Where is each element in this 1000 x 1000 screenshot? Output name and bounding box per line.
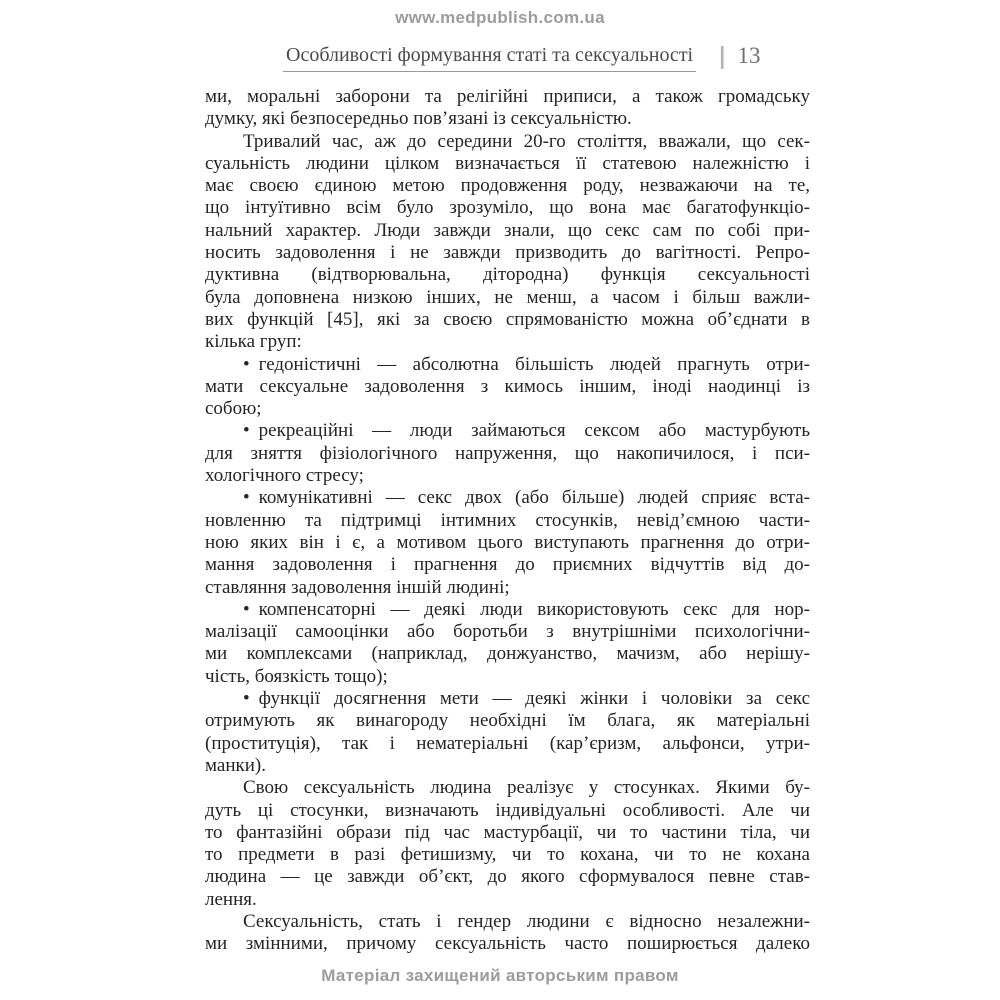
text-line: собою;	[205, 398, 810, 420]
text-line: мання задоволення і прагнення до приємни…	[205, 554, 810, 576]
text-line: ми комплексами (наприклад, донжуанство, …	[205, 643, 810, 665]
bullet-marker: •	[243, 487, 250, 508]
text-line: то фантазійні образи під час мастурбації…	[205, 822, 810, 844]
bullet-marker: •	[243, 599, 250, 620]
text-line: •компенсаторні — деякі люди використовую…	[205, 599, 810, 621]
text-line: Тривалий час, аж до середини 20-го столі…	[205, 131, 810, 153]
text-line: отримують як винагороду необхідні їм бла…	[205, 710, 810, 732]
text-line: вих функцій [45], які за своєю спрямован…	[205, 309, 810, 331]
page-number: 13	[738, 44, 761, 68]
text-line: ною яких він і є, а мотивом цього виступ…	[205, 532, 810, 554]
text-line: має своєю єдиною метою продовження роду,…	[205, 175, 810, 197]
copyright-notice: Матеріал захищений авторським правом	[0, 966, 1000, 986]
publisher-url-watermark: www.medpublish.com.ua	[0, 8, 1000, 28]
text-line: •гедоністичні — абсолютна більшість люде…	[205, 354, 810, 376]
text-line: носить задоволення і не завжди призводит…	[205, 242, 810, 264]
page-body: ми, моральні заборони та релігійні припи…	[205, 86, 810, 956]
text-line: мати сексуальне задоволення з кимось інш…	[205, 376, 810, 398]
text-line: ми змінними, причому сексуальність часто…	[205, 933, 810, 955]
text-line: (проституція), так і нематеріальні (кар’…	[205, 733, 810, 755]
text-line: ставляння задоволення іншій людині;	[205, 577, 810, 599]
bullet-marker: •	[243, 420, 250, 441]
text-line: нальний характер. Люди завжди знали, що …	[205, 220, 810, 242]
text-line: що інтуїтивно всім було зрозуміло, що во…	[205, 197, 810, 219]
text-line: манки).	[205, 755, 810, 777]
running-head-title: Особливості формування статі та сексуаль…	[283, 44, 696, 72]
text-line: була доповнена низкою інших, не менш, а …	[205, 287, 810, 309]
text-line: дуть ці стосунки, визначають індивідуаль…	[205, 800, 810, 822]
bullet-marker: •	[243, 688, 250, 709]
text-line: для зняття фізіологічного напруження, що…	[205, 443, 810, 465]
text-line: хологічного стресу;	[205, 465, 810, 487]
text-line: суальність людини цілком визначається її…	[205, 153, 810, 175]
text-line: ми, моральні заборони та релігійні припи…	[205, 86, 810, 108]
text-line: чість, боязкість тощо);	[205, 666, 810, 688]
text-line: •рекреаційні — люди займаються сексом аб…	[205, 420, 810, 442]
text-line: людина — це завжди об’єкт, до якого сфор…	[205, 866, 810, 888]
page-number-group: | 13	[719, 44, 761, 68]
text-line: дуктивна (відтворювальна, дітородна) фун…	[205, 264, 810, 286]
text-line: •комунікативні — секс двох (або більше) …	[205, 487, 810, 509]
text-line: малізації самооцінки або боротьби з внут…	[205, 621, 810, 643]
header-separator-bar: |	[718, 44, 726, 68]
text-line: то предмети в разі фетишизму, чи то коха…	[205, 844, 810, 866]
book-page-scan: www.medpublish.com.ua Особливості формув…	[0, 0, 1000, 1000]
text-line: Сексуальність, стать і гендер людини є в…	[205, 911, 810, 933]
text-line: новленню та підтримці інтимних стосунків…	[205, 510, 810, 532]
text-line: кілька груп:	[205, 331, 810, 353]
text-line: Свою сексуальність людина реалізує у сто…	[205, 777, 810, 799]
text-line: •функції досягнення мети — деякі жінки і…	[205, 688, 810, 710]
text-line: думку, які безпосередньо пов’язані із се…	[205, 108, 810, 130]
page-header: Особливості формування статі та сексуаль…	[0, 44, 1000, 78]
bullet-marker: •	[243, 354, 250, 375]
text-line: лення.	[205, 889, 810, 911]
